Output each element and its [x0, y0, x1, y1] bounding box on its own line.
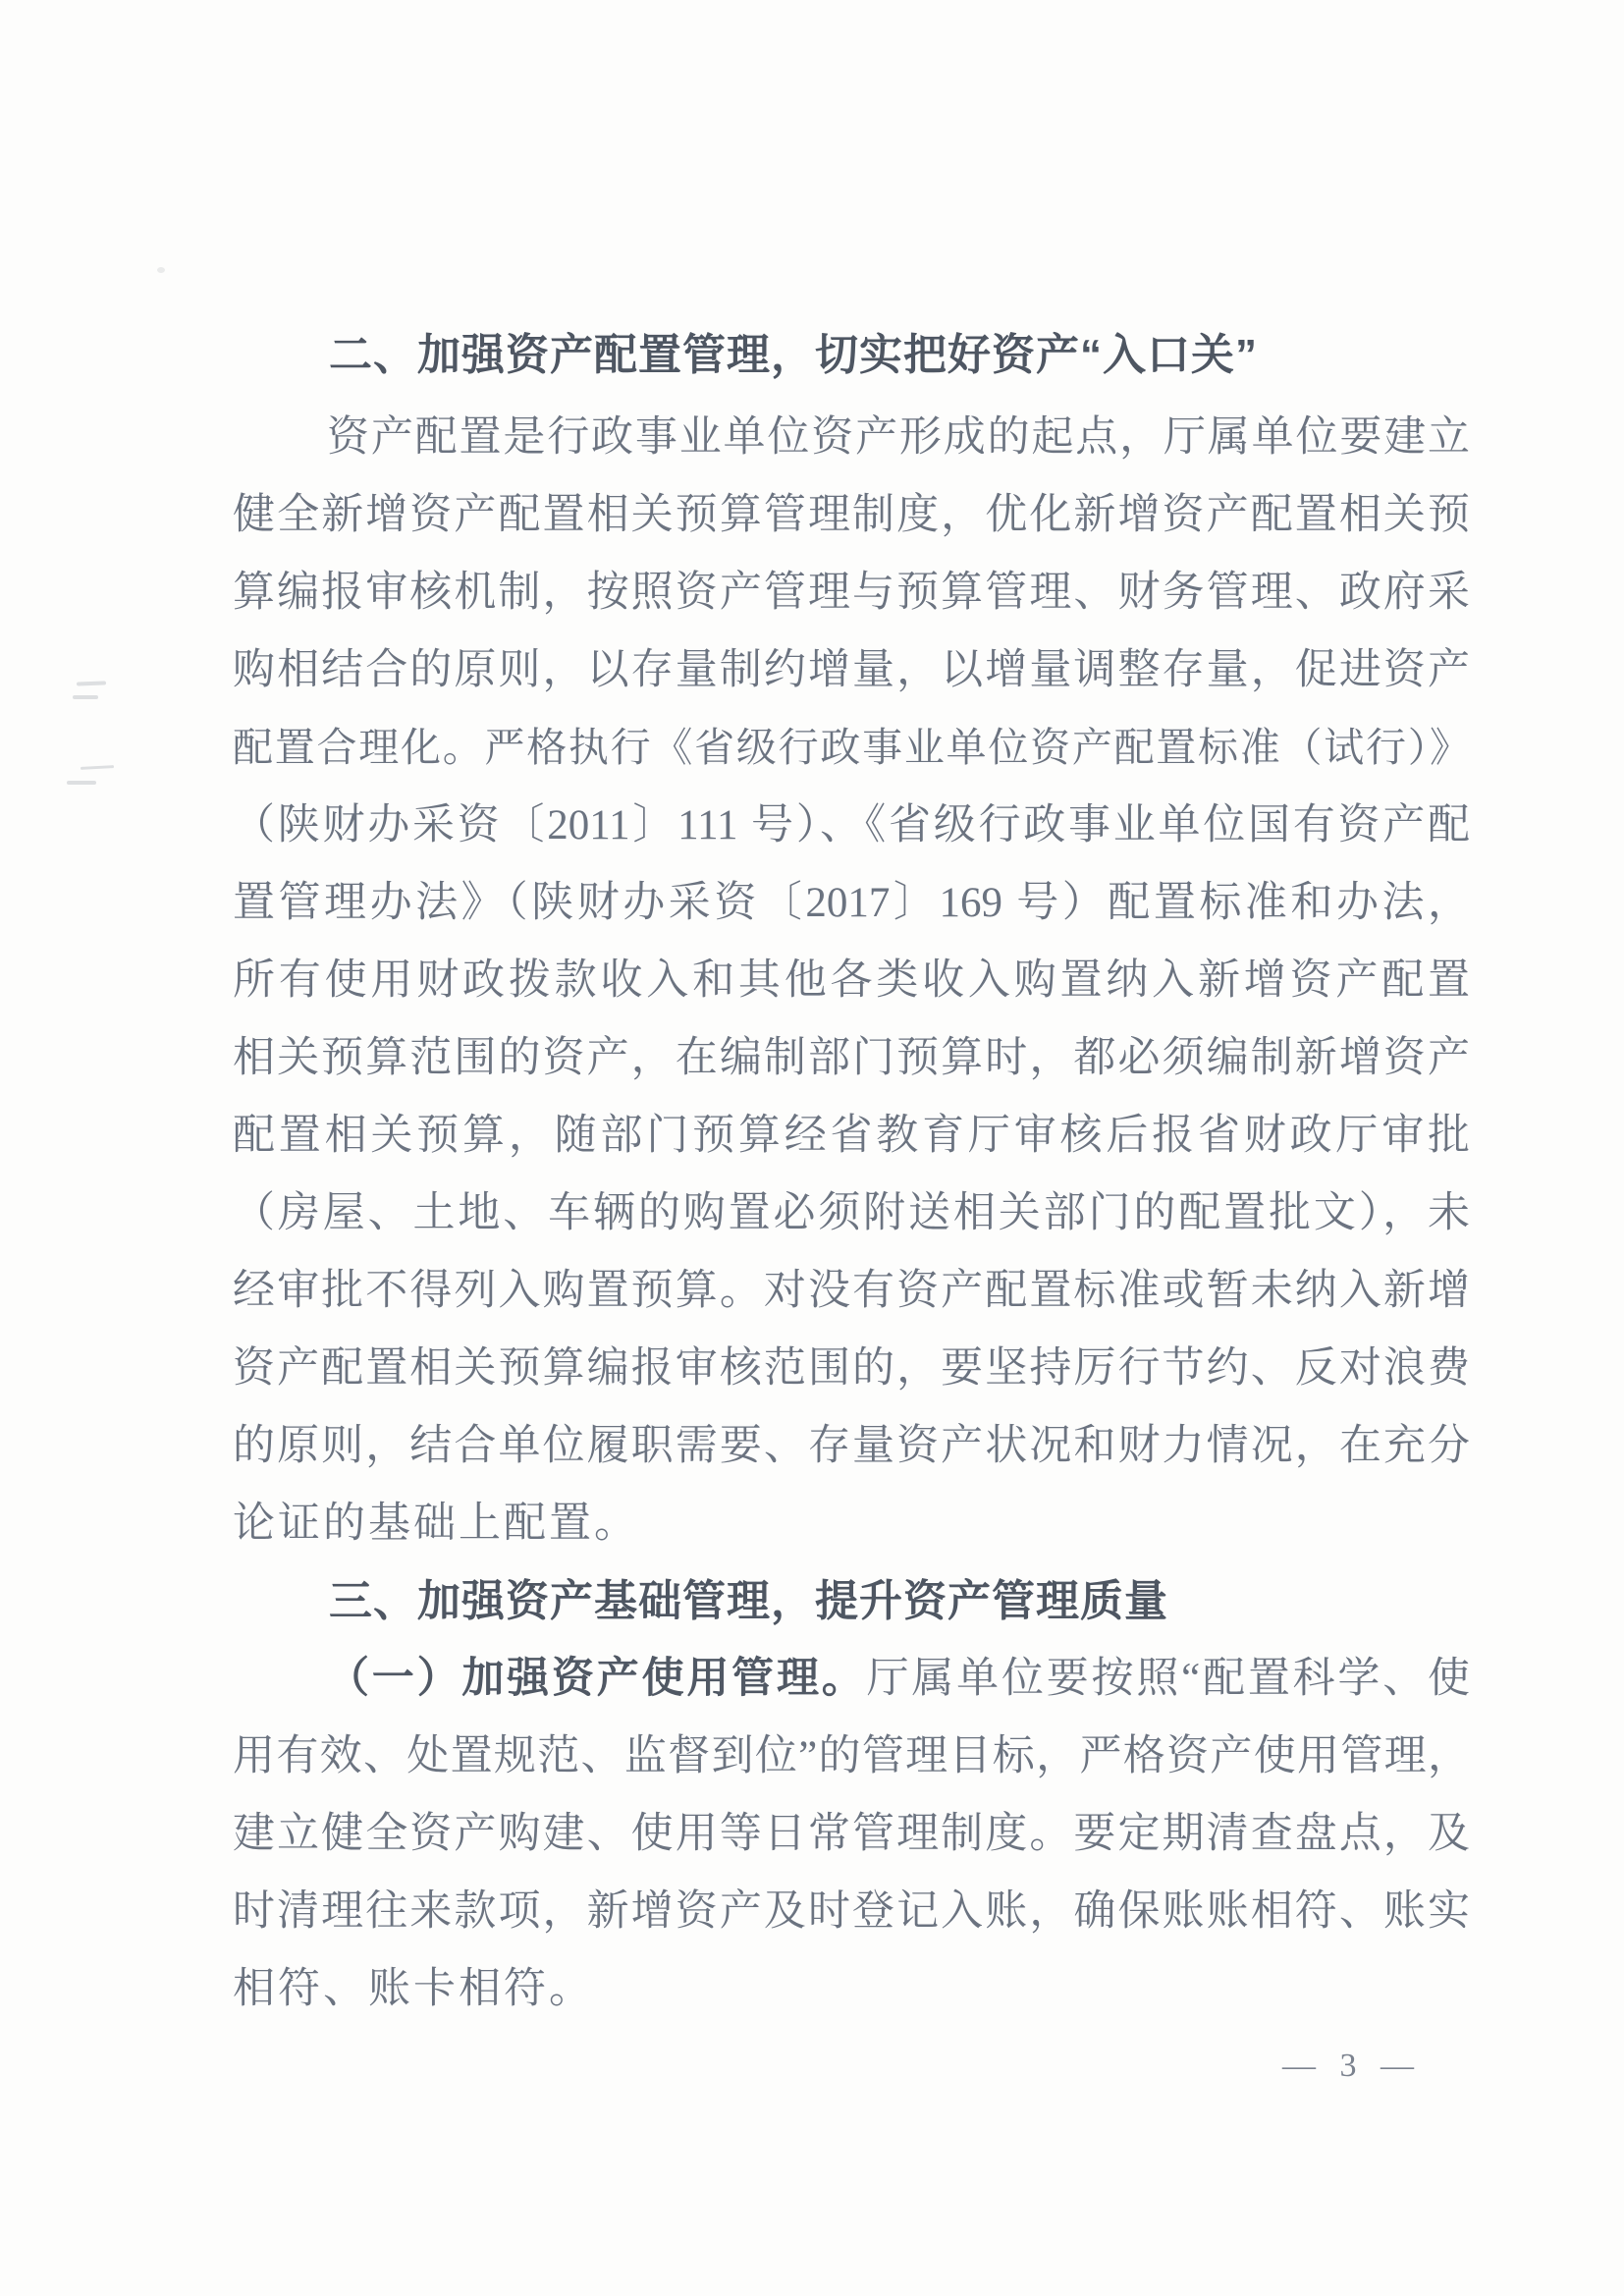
scan-artifact: [73, 695, 98, 699]
scan-artifact: [67, 781, 96, 785]
text-line: 置管理办法》（陕财办采资〔2017〕169 号）配置标准和办法，: [233, 864, 1470, 942]
text-line: 配置合理化。严格执行《省级行政事业单位资产配置标准（试行）》: [233, 709, 1470, 787]
text-line: 资产配置是行政事业单位资产形成的起点，厅属单位要建立: [233, 399, 1470, 476]
text-line: 时清理往来款项，新增资产及时登记入账，确保账账相符、账实: [233, 1873, 1470, 1950]
text-line: 算编报审核机制，按照资产管理与预算管理、财务管理、政府采: [233, 554, 1470, 631]
text-line: 经审批不得列入购置预算。对没有资产配置标准或暂未纳入新增: [233, 1252, 1470, 1330]
text-line: 购相结合的原则，以存量制约增量，以增量调整存量，促进资产: [233, 631, 1470, 709]
text-line: （房屋、土地、车辆的购置必须附送相关部门的配置批文），未: [233, 1175, 1470, 1252]
scanned-document-page: 二、加强资产配置管理，切实把好资产“入口关” 资产配置是行政事业单位资产形成的起…: [0, 0, 1624, 2296]
text-line: 用有效、处置规范、监督到位”的管理目标，严格资产使用管理，: [233, 1718, 1470, 1795]
subsection-lead: （一）加强资产使用管理。: [327, 1655, 867, 1702]
scan-artifact: [81, 765, 114, 770]
text-line: 的原则，结合单位履职需要、存量资产状况和财力情况，在充分: [233, 1407, 1470, 1485]
scan-artifact: [157, 267, 165, 273]
text-line: （陕财办采资〔2011〕111 号）、《省级行政事业单位国有资产配: [233, 787, 1470, 864]
text-line: 建立健全资产购建、使用等日常管理制度。要定期清查盘点，及: [233, 1795, 1470, 1873]
text-line: （一）加强资产使用管理。厅属单位要按照“配置科学、使: [233, 1640, 1470, 1718]
text-line: 健全新增资产配置相关预算管理制度，优化新增资产配置相关预: [233, 476, 1470, 554]
text-line: 相符、账卡相符。: [233, 1950, 1470, 2028]
page-number: — 3 —: [1269, 2045, 1435, 2088]
text-line: 资产配置相关预算编报审核范围的，要坚持厉行节约、反对浪费: [233, 1330, 1470, 1407]
text-line: 相关预算范围的资产，在编制部门预算时，都必须编制新增资产: [233, 1019, 1470, 1097]
scan-artifact: [77, 681, 106, 685]
text-line: 论证的基础上配置。: [233, 1485, 1470, 1562]
section-heading-3: 三、加强资产基础管理，提升资产管理质量: [233, 1562, 1470, 1640]
text-line: 配置相关预算，随部门预算经省教育厅审核后报省财政厅审批: [233, 1097, 1470, 1175]
subsection-lead-rest: 厅属单位要按照“配置科学、使: [867, 1656, 1470, 1702]
section-heading-2: 二、加强资产配置管理，切实把好资产“入口关”: [233, 312, 1470, 399]
document-body: 二、加强资产配置管理，切实把好资产“入口关” 资产配置是行政事业单位资产形成的起…: [233, 312, 1470, 2028]
text-line: 所有使用财政拨款收入和其他各类收入购置纳入新增资产配置: [233, 942, 1470, 1019]
